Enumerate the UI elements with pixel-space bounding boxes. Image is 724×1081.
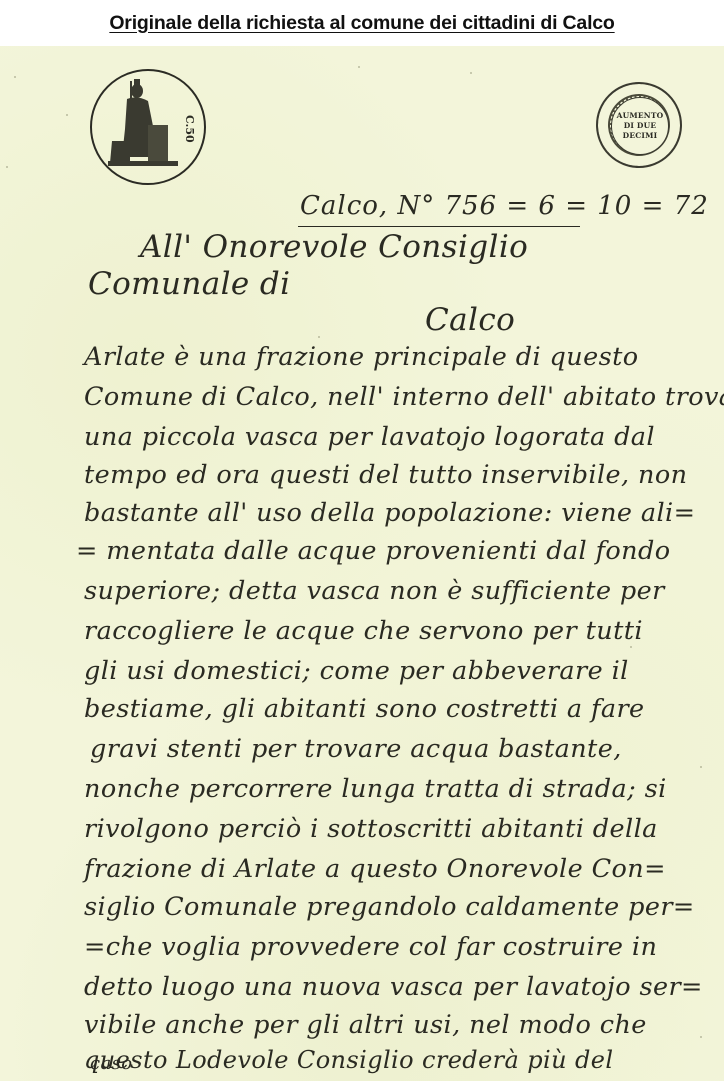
handwritten-letter: C.50 AUMENTO DI DUE DECIMI Calco, N° 756… xyxy=(0,46,724,1081)
body-line: una piccola vasca per lavatojo logorata … xyxy=(84,422,655,452)
body-line: questo Lodevole Consiglio crederà più de… xyxy=(84,1046,613,1074)
body-line: siglio Comunale pregandolo caldamente pe… xyxy=(84,892,695,922)
revenue-stamp-left: C.50 xyxy=(90,69,206,185)
address-line-3: Calco xyxy=(425,302,515,338)
body-line: caso xyxy=(90,1053,133,1074)
paper-speck xyxy=(14,76,16,78)
stamp-right-text: AUMENTO DI DUE DECIMI xyxy=(611,97,669,155)
paper-speck xyxy=(358,66,360,68)
paper-speck xyxy=(66,114,68,116)
protocol-number: Calco, N° 756 = 6 = 10 = 72 xyxy=(300,191,709,221)
stamp-line: AUMENTO xyxy=(617,111,664,121)
paper-speck xyxy=(6,166,8,168)
body-line: frazione di Arlate a questo Onorevole Co… xyxy=(84,854,666,884)
paper-speck xyxy=(700,1036,702,1038)
body-line: tempo ed ora questi del tutto inservibil… xyxy=(84,460,687,490)
body-line: bestiame, gli abitanti sono costretti a … xyxy=(84,694,645,724)
address-line-2: Comunale di xyxy=(88,266,290,302)
body-line: rivolgono perciò i sottoscritti abitanti… xyxy=(84,814,658,844)
body-line: nonche percorrere lunga tratta di strada… xyxy=(84,774,667,804)
body-line: detto luogo una nuova vasca per lavatojo… xyxy=(84,972,703,1002)
paper-speck xyxy=(630,646,632,648)
body-line: Comune di Calco, nell' interno dell' abi… xyxy=(84,382,724,412)
protocol-underline xyxy=(298,226,580,227)
body-line: =che voglia provvedere col far costruire… xyxy=(84,932,657,962)
paper-speck xyxy=(470,72,472,74)
stamp-line: DI DUE xyxy=(624,121,657,131)
body-line: = mentata dalle acque provenienti dal fo… xyxy=(76,536,670,566)
paper-speck xyxy=(318,336,320,338)
body-line: bastante all' uso della popolazione: vie… xyxy=(84,498,695,528)
stamp-value: C.50 xyxy=(183,115,196,143)
body-line: gravi stenti per trovare acqua bastante, xyxy=(90,734,622,764)
caption-header: Originale della richiesta al comune dei … xyxy=(0,0,724,46)
body-line: vibile anche per gli altri usi, nel modo… xyxy=(84,1010,647,1040)
stamp-line: DECIMI xyxy=(623,131,658,141)
body-line: Arlate è una frazione principale di ques… xyxy=(84,342,638,372)
revenue-stamp-right: AUMENTO DI DUE DECIMI xyxy=(596,82,682,168)
body-line: superiore; detta vasca non è sufficiente… xyxy=(84,576,665,606)
caption-title: Originale della richiesta al comune dei … xyxy=(109,12,614,35)
body-line: raccogliere le acque che servono per tut… xyxy=(84,616,643,646)
paper-speck xyxy=(700,766,702,768)
address-line-1: All' Onorevole Consiglio xyxy=(140,229,528,265)
body-line: gli usi domestici; come per abbeverare i… xyxy=(84,656,629,686)
